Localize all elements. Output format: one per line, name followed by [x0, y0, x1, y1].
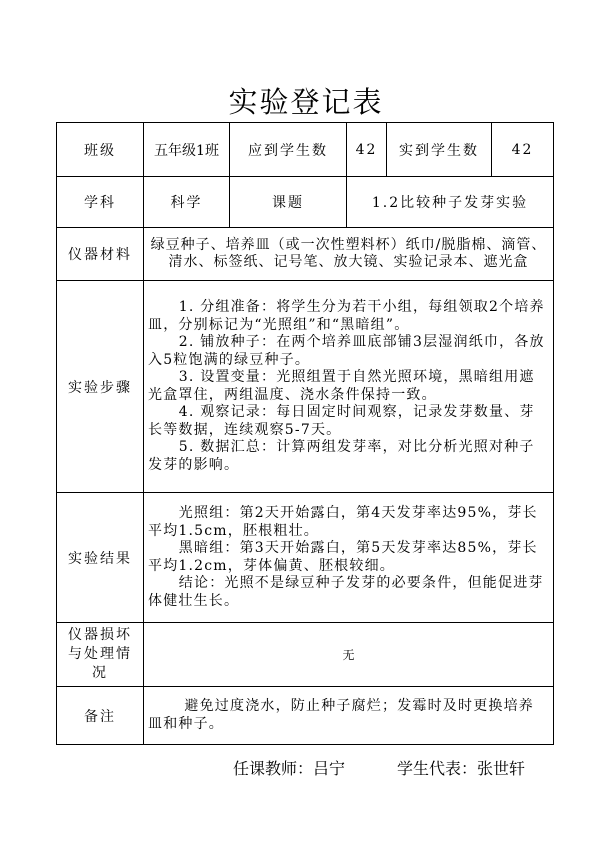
damage-label: 仪器损坏与处理情况 [57, 623, 144, 687]
steps-row: 实验步骤 1. 分组准备：将学生分为若干小组，每组领取2个培养皿，分别标记为“光… [57, 281, 554, 493]
result-item: 黑暗组：第3天开始露白，第5天发芽率达85%，芽长平均1.2cm，芽体偏黄、胚根… [148, 540, 547, 575]
subject-label: 学科 [57, 177, 144, 228]
materials-row: 仪器材料 绿豆种子、培养皿（或一次性塑料杯）纸巾/脱脂棉、滴管、清水、标签纸、记… [57, 228, 554, 281]
steps-content: 1. 分组准备：将学生分为若干小组，每组领取2个培养皿，分别标记为“光照组”和“… [144, 281, 554, 493]
experiment-record-table: 班级 五年级1班 应到学生数 42 实到学生数 42 学科 科学 课题 1.2比… [56, 122, 554, 745]
step-item: 1. 分组准备：将学生分为若干小组，每组领取2个培养皿，分别标记为“光照组”和“… [148, 299, 547, 334]
page-title: 实验登记表 [0, 80, 612, 121]
remarks-value: 避免过度浇水，防止种子腐烂；发霉时及时更换培养皿和种子。 [148, 698, 547, 733]
results-content: 光照组：第2天开始露白，第4天发芽率达95%，芽长平均1.5cm，胚根粗壮。 黑… [144, 493, 554, 623]
remarks-row: 备注 避免过度浇水，防止种子腐烂；发霉时及时更换培养皿和种子。 [57, 687, 554, 745]
topic-value: 1.2比较种子发芽实验 [347, 177, 554, 228]
class-row: 班级 五年级1班 应到学生数 42 实到学生数 42 [57, 123, 554, 177]
subject-value: 科学 [144, 177, 230, 228]
steps-label: 实验步骤 [57, 281, 144, 493]
student-representative-signature: 学生代表：张世轩 [397, 756, 525, 779]
materials-label: 仪器材料 [57, 228, 144, 281]
step-item: 3. 设置变量：光照组置于自然光照环境，黑暗组用遮光盒罩住，两组温度、浇水条件保… [148, 369, 547, 404]
topic-label: 课题 [230, 177, 347, 228]
result-item: 结论：光照不是绿豆种子发芽的必要条件，但能促进芽体健壮生长。 [148, 575, 547, 610]
class-label: 班级 [57, 123, 144, 177]
subject-row: 学科 科学 课题 1.2比较种子发芽实验 [57, 177, 554, 228]
remarks-label: 备注 [57, 687, 144, 745]
actual-students-label: 实到学生数 [387, 123, 492, 177]
expected-students-value: 42 [347, 123, 387, 177]
class-value: 五年级1班 [144, 123, 230, 177]
step-item: 5. 数据汇总：计算两组发芽率，对比分析光照对种子发芽的影响。 [148, 439, 547, 474]
expected-students-label: 应到学生数 [230, 123, 347, 177]
remarks-content: 避免过度浇水，防止种子腐烂；发霉时及时更换培养皿和种子。 [144, 687, 554, 745]
teacher-signature: 任课教师：吕宁 [233, 756, 345, 779]
materials-value: 绿豆种子、培养皿（或一次性塑料杯）纸巾/脱脂棉、滴管、清水、标签纸、记号笔、放大… [144, 228, 554, 281]
damage-row: 仪器损坏与处理情况 无 [57, 623, 554, 687]
results-label: 实验结果 [57, 493, 144, 623]
damage-value: 无 [144, 623, 554, 687]
step-item: 4. 观察记录：每日固定时间观察，记录发芽数量、芽长等数据，连续观察5-7天。 [148, 404, 547, 439]
results-row: 实验结果 光照组：第2天开始露白，第4天发芽率达95%，芽长平均1.5cm，胚根… [57, 493, 554, 623]
result-item: 光照组：第2天开始露白，第4天发芽率达95%，芽长平均1.5cm，胚根粗壮。 [148, 505, 547, 540]
actual-students-value: 42 [492, 123, 554, 177]
step-item: 2. 铺放种子：在两个培养皿底部铺3层湿润纸巾，各放入5粒饱满的绿豆种子。 [148, 334, 547, 369]
